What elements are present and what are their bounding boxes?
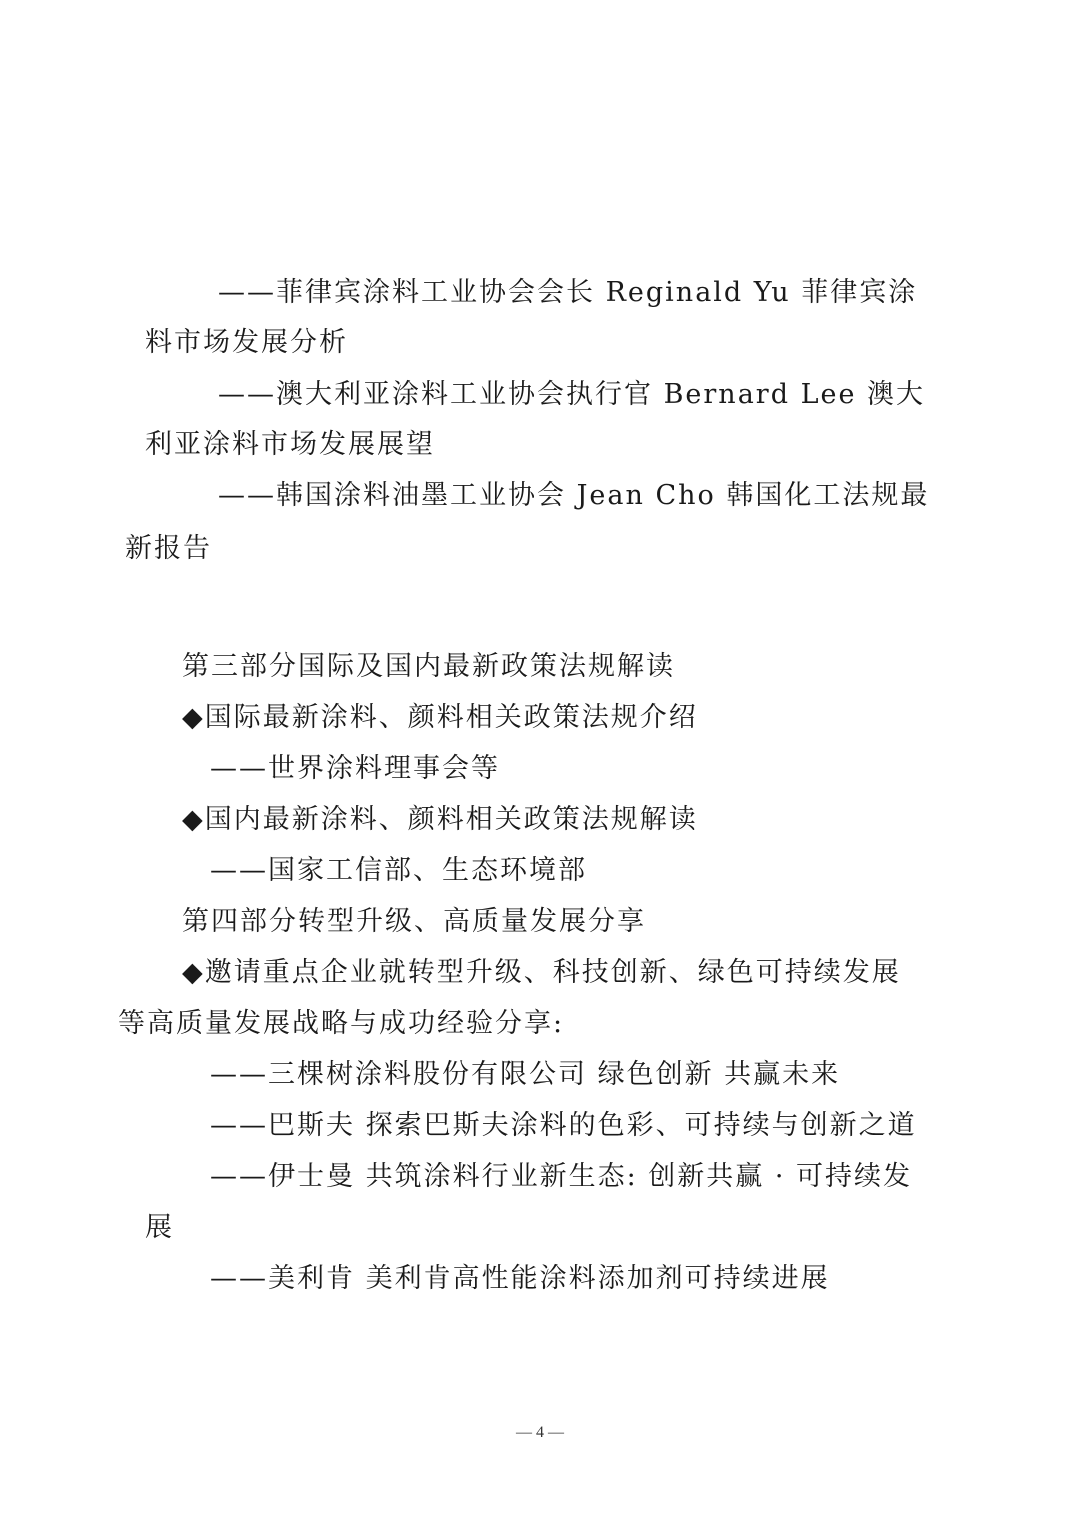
document-page: ——菲律宾涂料工业协会会长 Reginald Yu 菲律宾涂 料市场发展分析 —… xyxy=(0,0,1080,1527)
section3-title: 第三部分国际及国内最新政策法规解读 xyxy=(182,650,675,684)
speaker-korea-line1: ——韩国涂料油墨工业协会 Jean Cho 韩国化工法规最 xyxy=(218,479,929,513)
section4-bullet-line1: ◆邀请重点企业就转型升级、科技创新、绿色可持续发展 xyxy=(182,956,901,990)
speaker-basf: ——巴斯夫 探索巴斯夫涂料的色彩、可持续与创新之道 xyxy=(210,1109,917,1143)
speaker-philippines-line2: 料市场发展分析 xyxy=(145,326,348,360)
speaker-philippines-line1: ——菲律宾涂料工业协会会长 Reginald Yu 菲律宾涂 xyxy=(218,276,917,310)
speaker-australia-line1: ——澳大利亚涂料工业协会执行官 Bernard Lee 澳大 xyxy=(218,378,925,412)
speaker-milliken: ——美利肯 美利肯高性能涂料添加剂可持续进展 xyxy=(210,1262,830,1296)
speaker-eastman-line2: 展 xyxy=(145,1211,174,1245)
page-number: — 4 — xyxy=(0,1424,1080,1442)
speaker-korea-line2: 新报告 xyxy=(125,532,212,566)
speaker-skshu: ——三棵树涂料股份有限公司 绿色创新 共赢未来 xyxy=(210,1058,840,1092)
section3-sub-international: ——世界涂料理事会等 xyxy=(210,752,500,786)
section4-bullet-line2: 等高质量发展战略与成功经验分享: xyxy=(118,1007,564,1041)
section3-sub-domestic: ——国家工信部、生态环境部 xyxy=(210,854,587,888)
speaker-eastman-line1: ——伊士曼 共筑涂料行业新生态: 创新共赢 · 可持续发 xyxy=(210,1160,912,1194)
section3-bullet-domestic: ◆国内最新涂料、颜料相关政策法规解读 xyxy=(182,803,698,837)
section3-bullet-international: ◆国际最新涂料、颜料相关政策法规介绍 xyxy=(182,701,698,735)
section4-title: 第四部分转型升级、高质量发展分享 xyxy=(182,905,646,939)
speaker-australia-line2: 利亚涂料市场发展展望 xyxy=(145,428,435,462)
